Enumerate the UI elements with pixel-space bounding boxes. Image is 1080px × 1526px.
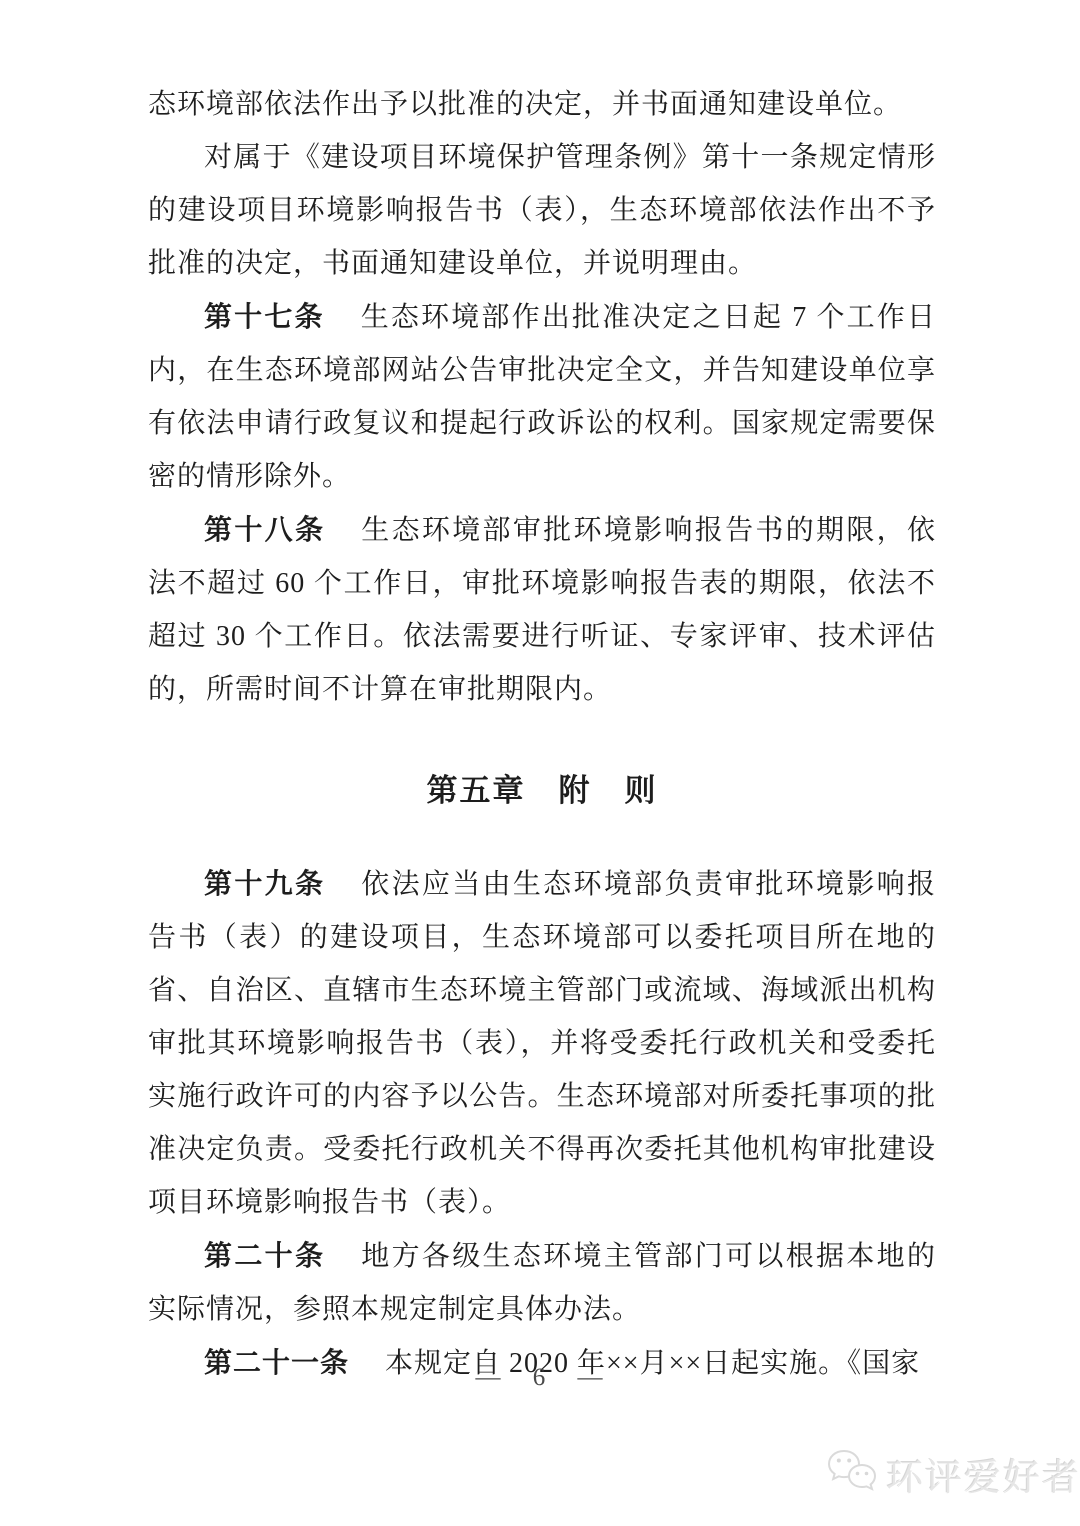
paragraph-disapproval: 对属于《建设项目环境保护管理条例》第十一条规定情形的建设项目环境影响报告书（表）… (148, 131, 936, 290)
paragraph-text: 依法应当由生态环境部负责审批环境影响报告书（表）的建设项目，生态环境部可以委托项… (148, 869, 936, 1218)
wechat-icon (826, 1448, 880, 1501)
page-number: — 6 — (0, 1364, 1080, 1392)
article-20-number: 第二十条 (204, 1240, 325, 1271)
paragraph-article-18: 第十八条生态环境部审批环境影响报告书的期限，依法不超过 60 个工作日，审批环境… (148, 503, 936, 716)
paragraph-text: 态环境部依法作出予以批准的决定，并书面通知建设单位。 (148, 89, 902, 120)
article-18-number: 第十八条 (204, 514, 325, 545)
paragraph-article-17: 第十七条生态环境部作出批准决定之日起 7 个工作日内，在生态环境部网站公告审批决… (148, 290, 936, 503)
document-page: 态环境部依法作出予以批准的决定，并书面通知建设单位。 对属于《建设项目环境保护管… (0, 0, 1080, 1526)
document-body: 态环境部依法作出予以批准的决定，并书面通知建设单位。 对属于《建设项目环境保护管… (148, 78, 936, 1390)
watermark-text: 环评爱好者网 (886, 1447, 1080, 1501)
article-17-number: 第十七条 (204, 301, 325, 332)
article-19-number: 第十九条 (204, 868, 325, 899)
paragraph-approval-continuation: 态环境部依法作出予以批准的决定，并书面通知建设单位。 (148, 78, 936, 131)
paragraph-article-19: 第十九条依法应当由生态环境部负责审批环境影响报告书（表）的建设项目，生态环境部可… (148, 857, 936, 1229)
watermark: 环评爱好者网 (826, 1447, 1080, 1501)
paragraph-text: 对属于《建设项目环境保护管理条例》第十一条规定情形的建设项目环境影响报告书（表）… (148, 142, 936, 279)
chapter-5-heading: 第五章 附 则 (148, 764, 936, 817)
paragraph-article-20: 第二十条地方各级生态环境主管部门可以根据本地的实际情况，参照本规定制定具体办法。 (148, 1229, 936, 1336)
